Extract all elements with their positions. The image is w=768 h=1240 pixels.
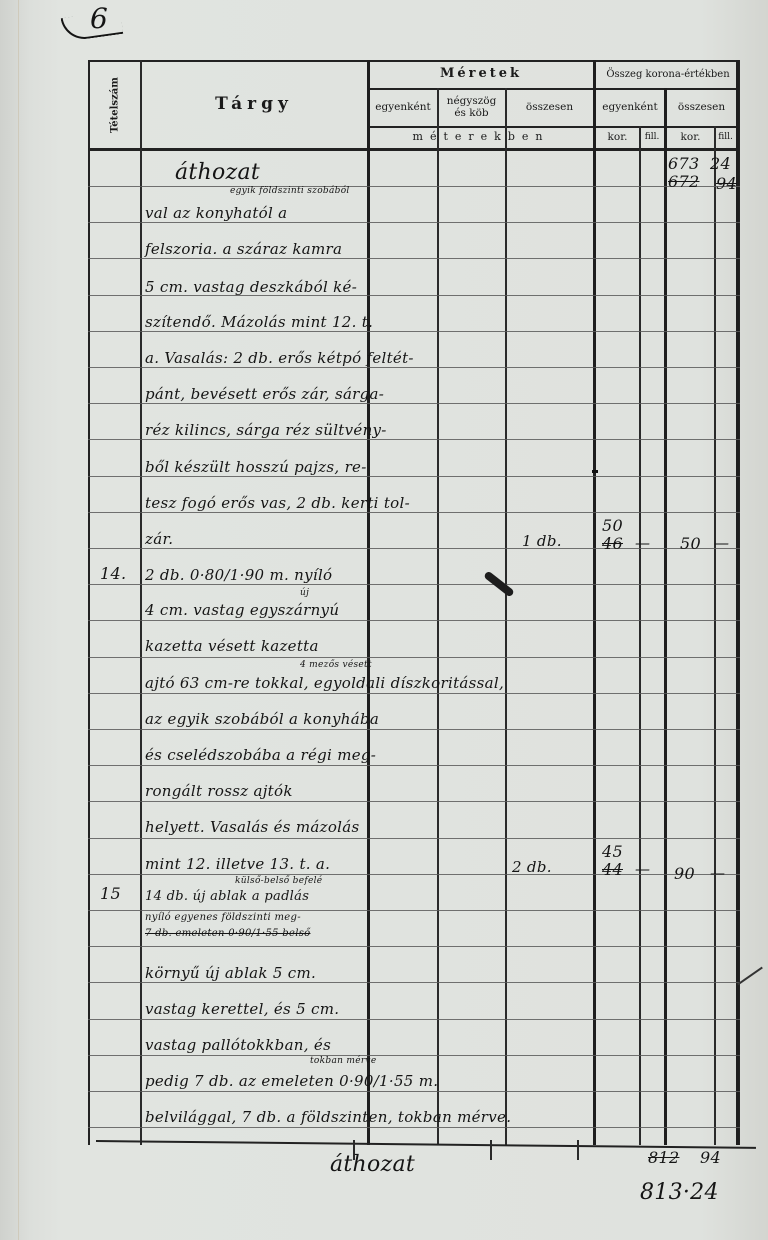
header-item-no: Tételszám (90, 62, 140, 148)
entry-line: 5 cm. vastag deszkából ké- (145, 278, 357, 296)
entry-unit-price-struck: 44 (602, 860, 623, 879)
entry-line: 14 db. új ablak a padlás (145, 889, 309, 904)
row-rule (88, 222, 740, 223)
header-subject: Tárgy (141, 60, 367, 148)
entry-line: zár. (145, 530, 173, 548)
carried-total-kor: 673 (668, 154, 699, 173)
carried-forward-label: áthozat (330, 1152, 415, 1177)
row-rule (88, 439, 740, 440)
entry-line: nyíló egyenes földszinti meg- (145, 912, 301, 923)
entry-line: mint 12. illetve 13. t. a. (145, 855, 330, 873)
entry-line: 4 mezős vésett (300, 660, 372, 670)
header-amount: Összeg korona-értékben (596, 60, 740, 88)
row-rule (88, 1055, 740, 1056)
carried-total-kor-struck: 672 (668, 172, 699, 191)
row-rule (88, 910, 740, 911)
entry-quantity: 1 db. (522, 532, 562, 550)
entry-line: 2 db. 0·80/1·90 m. nyíló (145, 566, 332, 584)
header-dim-total: összesen (506, 89, 593, 126)
entry-unit-fill: — (635, 860, 650, 878)
row-rule (88, 657, 740, 658)
col-stub (577, 1140, 579, 1160)
entry-line: 4 cm. vastag egyszárnyú (145, 601, 339, 619)
entry-line: új (300, 588, 309, 598)
entry-line: belvilággal, 7 db. a földszinten, tokban… (145, 1108, 511, 1126)
entry-line: rongált rossz ajtók (145, 782, 293, 800)
entry-unit-price-struck: 46 (602, 534, 623, 553)
header-dimensions: Méretek (369, 60, 593, 88)
page-fold (18, 0, 19, 1240)
page-number-text: 6 (90, 2, 108, 35)
row-rule (88, 1127, 740, 1128)
col-divider (714, 126, 716, 1145)
row-rule (88, 729, 740, 730)
entry-unit-price: 50 (602, 516, 623, 535)
row-rule (88, 838, 740, 839)
col-divider (664, 88, 667, 1145)
footer-total-fill-struck: 94 (700, 1148, 721, 1167)
header-dim-area: négyszög és köb (438, 89, 505, 126)
page-number: 6 (62, 2, 124, 42)
entry-line: pedig 7 db. az emeleten 0·90/1·55 m. (145, 1072, 438, 1090)
entry-line: tesz fogó erős vas, 2 db. kerti tol- (145, 494, 410, 512)
row-rule (88, 801, 740, 802)
entry-line: 7 db. emeleten 0·90/1·55 belső (145, 928, 310, 939)
entry-line: külső-belső befelé (235, 876, 322, 886)
header-dim-each: egyenként (369, 89, 437, 126)
row-rule (88, 584, 740, 585)
row-rule (88, 1091, 740, 1092)
col-divider (505, 88, 507, 1145)
entry-line: val az konyhatól a (145, 204, 287, 222)
header-amount-total: összesen (667, 89, 736, 126)
carried-total-fill-struck: 94 (716, 174, 737, 193)
edge-mark (737, 967, 763, 986)
footer-total-corrected: 813·24 (640, 1180, 719, 1205)
entry-line: ajtó 63 cm-re tokkal, egyoldali díszkori… (145, 674, 504, 692)
row-rule (88, 258, 740, 259)
entry-line: helyett. Vasalás és mázolás (145, 818, 360, 836)
entry-line: szítendő. Mázolás mint 12. t. (145, 313, 373, 331)
row-rule (88, 1019, 740, 1020)
header-kor: kor. (596, 127, 639, 148)
footer-total-kor-struck: 812 (648, 1148, 679, 1167)
row-rule (88, 186, 740, 187)
entry-line: vastag kerettel, és 5 cm. (145, 1000, 339, 1018)
entry-line: pánt, bevésett erős zár, sárga- (145, 385, 384, 403)
row-rule (88, 765, 740, 766)
entry-total: 90 (674, 864, 695, 883)
entry-line: környű új ablak 5 cm. (145, 964, 316, 982)
row-rule (88, 946, 740, 947)
header-fill: fill. (715, 127, 736, 148)
header-dim-unit: méterekben (369, 127, 593, 148)
col-divider (639, 126, 641, 1145)
entry-line: vastag pallótokkban, és (145, 1036, 331, 1054)
pencil-mark (592, 470, 598, 473)
entry-total-fill: — (710, 864, 725, 882)
carried-over-label: áthozat (175, 160, 260, 185)
entry-line: és cselédszobába a régi meg- (145, 746, 376, 764)
row-rule (88, 367, 740, 368)
carried-total-fill: 24 (710, 154, 731, 173)
entry-unit-fill: — (635, 534, 650, 552)
entry-line: felszoria. a száraz kamra (145, 240, 342, 258)
entry-quantity: 2 db. (512, 858, 552, 876)
entry-line: a. Vasalás: 2 db. erős kétpó feltét- (145, 349, 414, 367)
entry-line: az egyik szobából a konyhába (145, 710, 379, 728)
row-rule (88, 620, 740, 621)
entry-item-no: 14. (100, 564, 126, 583)
entry-line: tokban mérve (310, 1056, 376, 1066)
header-amount-each: egyenként (596, 89, 664, 126)
col-divider (437, 88, 439, 1145)
row-rule (88, 693, 740, 694)
header-bottom-rule (88, 148, 740, 151)
header-fill: fill. (640, 127, 664, 148)
row-rule (88, 982, 740, 983)
entry-line: ből készült hosszú pajzs, re- (145, 458, 367, 476)
entry-total: 50 (680, 534, 701, 553)
header-kor: kor. (667, 127, 714, 148)
entry-item-no: 15 (100, 884, 121, 903)
row-rule (88, 403, 740, 404)
entry-line: réz kilincs, sárga réz sültvény- (145, 421, 387, 439)
entry-line: kazetta vésett kazetta (145, 637, 319, 655)
entry-total-fill: — (714, 534, 729, 552)
entry-line: egyik földszinti szobából (230, 186, 350, 196)
entry-unit-price: 45 (602, 842, 623, 861)
col-stub (490, 1140, 492, 1160)
